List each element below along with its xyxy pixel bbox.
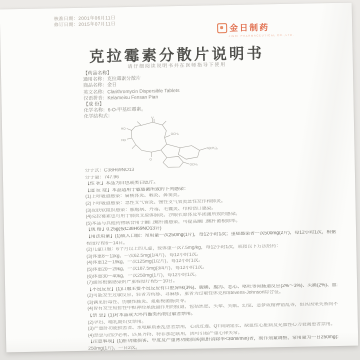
manufacturer-logo: 金日制药 JINRI PHARMACEUTICAL CO.,LTD. [217,21,294,38]
approval-dates: 核准日期：2001年06月11日 修订日期：2015年07月11日 [54,15,116,28]
insert-body-text: 分子式：C38H69NO13分子量：747.96【性 状】本品为白色或类白色片。… [85,164,338,353]
svg-text:HO: HO [121,138,126,142]
manufacturer-name: 金日制药 [229,21,269,34]
svg-text:HO: HO [121,127,126,131]
svg-text:OCH₃: OCH₃ [171,132,180,136]
revision-date: 修订日期：2015年07月11日 [54,21,116,28]
jinri-logo-icon [217,23,227,33]
package-insert-sheet: 核准日期：2001年06月11日 修订日期：2015年07月11日 金日制药 J… [0,3,358,353]
svg-text:O: O [151,115,154,119]
svg-text:O: O [149,157,152,161]
manufacturer-subtext: JINRI PHARMACEUTICAL CO.,LTD. [229,34,295,38]
svg-text:N(CH₃)₂: N(CH₃)₂ [207,146,219,150]
chemical-structure-diagram: O HO HO OCH₃ N(CH₃)₂ O OCH₃ [106,115,239,170]
drug-name-section: 【药品名称】通用名称：克拉霉素分散片商品名称：金日英文名称：Clarithrom… [83,67,324,121]
